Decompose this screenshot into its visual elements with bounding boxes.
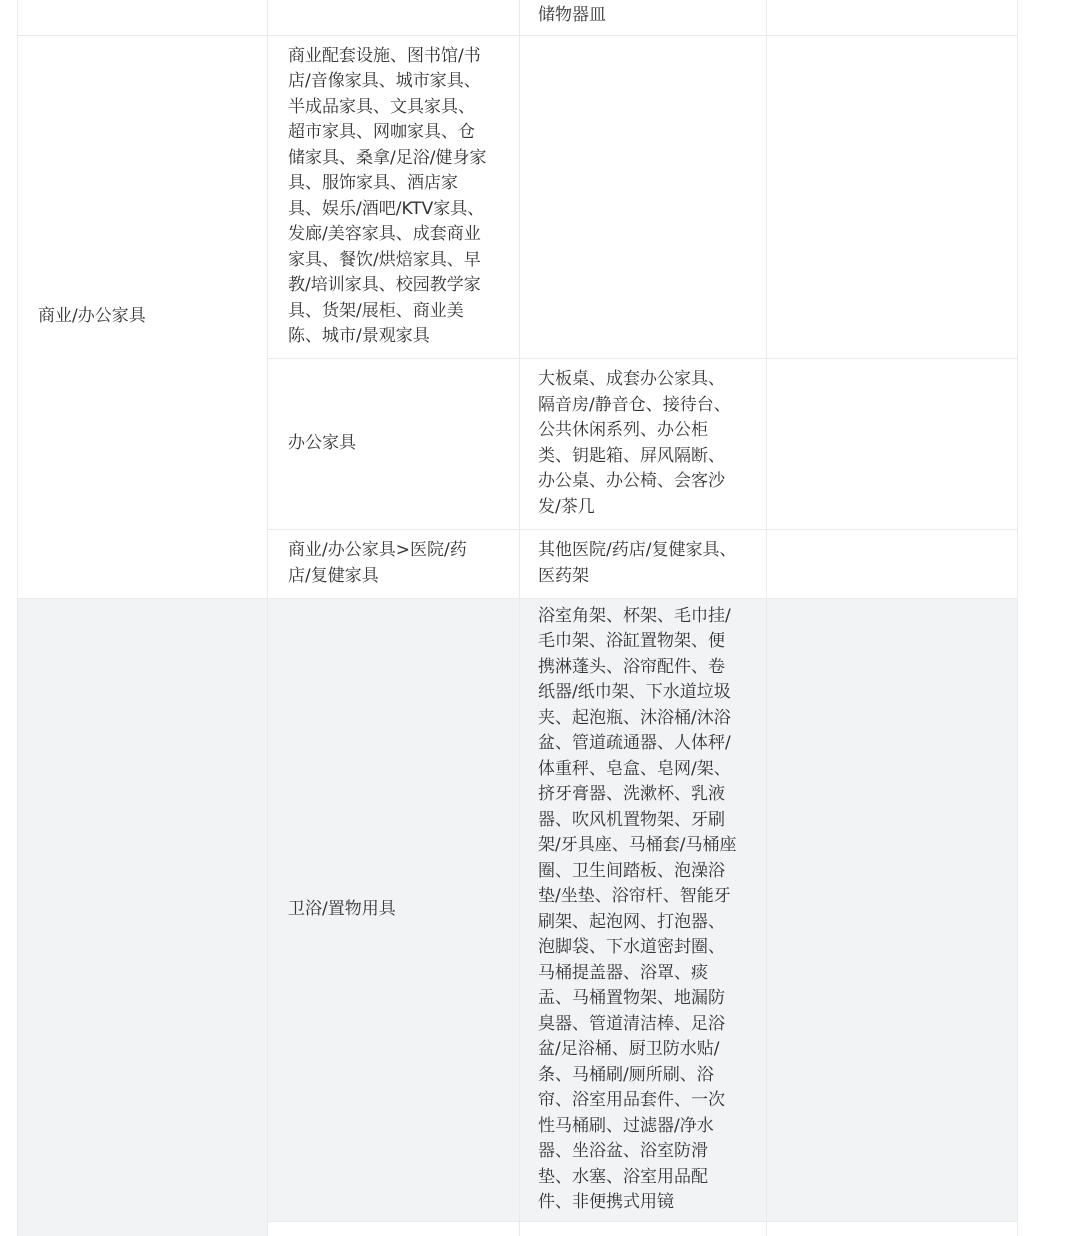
table-row-prev-section-tail: 储物器皿: [18, 0, 1018, 35]
category-table: 储物器皿 商业/办公家具 商业配套设施、图书馆/书店/音像家具、城市家具、半成品…: [17, 0, 1018, 1236]
table-row-bath-storage: 卫浴/置物用具 浴室角架、杯架、毛巾挂/毛巾架、浴缸置物架、便携淋蓬头、浴帘配件…: [18, 598, 1018, 1221]
page: 储物器皿 商业/办公家具 商业配套设施、图书馆/书店/音像家具、城市家具、半成品…: [0, 0, 1065, 1236]
cell-empty: [18, 0, 268, 35]
cell-category-l3: 大板桌、成套办公家具、隔音房/静音仓、接待台、公共休闲系列、办公柜类、钥匙箱、屏…: [520, 358, 767, 529]
cell-empty: [520, 1221, 767, 1236]
cell-category-l3: 浴室角架、杯架、毛巾挂/毛巾架、浴缸置物架、便携淋蓬头、浴帘配件、卷纸器/纸巾架…: [520, 598, 767, 1221]
cell-empty: [767, 0, 1018, 35]
cell-empty: [767, 358, 1018, 529]
cell-empty: [268, 1221, 520, 1236]
cell-empty: [767, 1221, 1018, 1236]
cell-category-l3: 其他医院/药店/复健家具、医药架: [520, 529, 767, 598]
cell-category-l2: 卫浴/置物用具: [268, 598, 520, 1221]
cell-category-l2: 商业配套设施、图书馆/书店/音像家具、城市家具、半成品家具、文具家具、超市家具、…: [268, 35, 520, 358]
cell-category-l1: 商业/办公家具: [18, 35, 268, 598]
cell-category-l3: [520, 35, 767, 358]
cell-empty: [767, 35, 1018, 358]
cell-category-l3: 储物器皿: [520, 0, 767, 35]
cell-category-l2: 办公家具: [268, 358, 520, 529]
cell-empty: [767, 529, 1018, 598]
cell-empty: [268, 0, 520, 35]
cell-category-l2: 商业/办公家具>医院/药店/复健家具: [268, 529, 520, 598]
table-row-commercial: 商业/办公家具 商业配套设施、图书馆/书店/音像家具、城市家具、半成品家具、文具…: [18, 35, 1018, 358]
cell-category-l1: [18, 598, 268, 1236]
cell-empty: [767, 598, 1018, 1221]
